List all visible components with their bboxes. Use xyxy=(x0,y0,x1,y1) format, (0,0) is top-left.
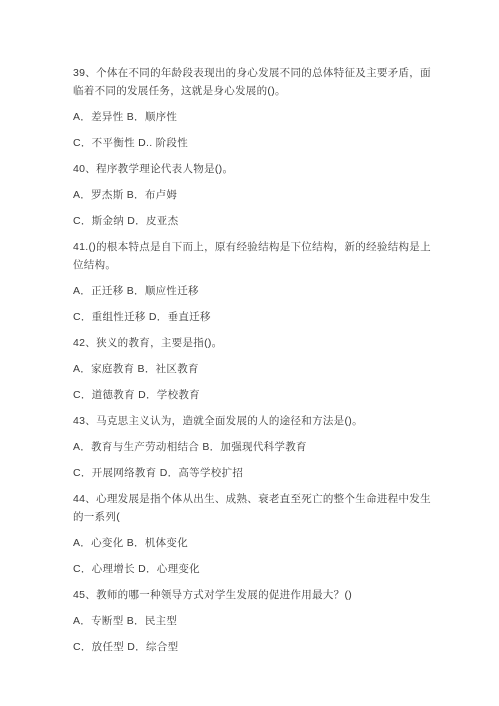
question-text: 45、教师的哪一种领导方式对学生发展的促进作用最大？() xyxy=(73,586,441,604)
question-text: 42、狭义的教育，主要是指()。 xyxy=(73,334,441,352)
option-row-ab: A．家庭教育 B．社区教育 xyxy=(73,360,441,378)
option-row-cd: C．放任型 D．综合型 xyxy=(73,638,441,656)
question-text: 40、程序教学理论代表人物是()。 xyxy=(73,160,441,178)
option-row-ab: A．罗杰斯 B．布卢姆 xyxy=(73,186,441,204)
question-block-42: 42、狭义的教育，主要是指()。 A．家庭教育 B．社区教育 C．道德教育 D．… xyxy=(73,334,441,404)
option-row-ab: A．正迁移 B．顺应性迁移 xyxy=(73,282,441,300)
option-row-ab: A．专断型 B．民主型 xyxy=(73,612,441,630)
option-row-ab: A．差异性 B．顺序性 xyxy=(73,108,441,126)
question-block-40: 40、程序教学理论代表人物是()。 A．罗杰斯 B．布卢姆 C．斯金纳 D．皮亚… xyxy=(73,160,441,230)
question-text: 43、马克思主义认为，造就全面发展的人的途径和方法是()。 xyxy=(73,412,441,430)
option-row-cd: C．重组性迁移 D．垂直迁移 xyxy=(73,308,441,326)
question-block-43: 43、马克思主义认为，造就全面发展的人的途径和方法是()。 A．教育与生产劳动相… xyxy=(73,412,441,482)
option-row-ab: A．教育与生产劳动相结合 B．加强现代科学教育 xyxy=(73,438,441,456)
option-row-ab: A．心变化 B．机体变化 xyxy=(73,534,441,552)
option-row-cd: C．道德教育 D．学校教育 xyxy=(73,386,441,404)
question-block-41: 41.()的根本特点是自下而上，原有经验结构是下位结构，新的经验结构是上位结构。… xyxy=(73,238,441,326)
question-text: 39、个体在不同的年龄段表现出的身心发展不同的总体特征及主要矛盾，面临着不同的发… xyxy=(73,64,441,100)
exam-document-page: 39、个体在不同的年龄段表现出的身心发展不同的总体特征及主要矛盾，面临着不同的发… xyxy=(0,0,499,706)
question-text: 41.()的根本特点是自下而上，原有经验结构是下位结构，新的经验结构是上位结构。 xyxy=(73,238,441,274)
question-list: 39、个体在不同的年龄段表现出的身心发展不同的总体特征及主要矛盾，面临着不同的发… xyxy=(73,64,441,664)
option-row-cd: C．不平衡性 D.. 阶段性 xyxy=(73,134,441,152)
option-row-cd: C．开展网络教育 D．高等学校扩招 xyxy=(73,464,441,482)
option-row-cd: C．斯金纳 D．皮亚杰 xyxy=(73,212,441,230)
question-block-39: 39、个体在不同的年龄段表现出的身心发展不同的总体特征及主要矛盾，面临着不同的发… xyxy=(73,64,441,152)
question-block-45: 45、教师的哪一种领导方式对学生发展的促进作用最大？() A．专断型 B．民主型… xyxy=(73,586,441,656)
option-row-cd: C．心理增长 D．心理变化 xyxy=(73,560,441,578)
question-block-44: 44、心理发展是指个体从出生、成熟、衰老直至死亡的整个生命进程中发生的一系列( … xyxy=(73,490,441,578)
question-text: 44、心理发展是指个体从出生、成熟、衰老直至死亡的整个生命进程中发生的一系列( xyxy=(73,490,441,526)
